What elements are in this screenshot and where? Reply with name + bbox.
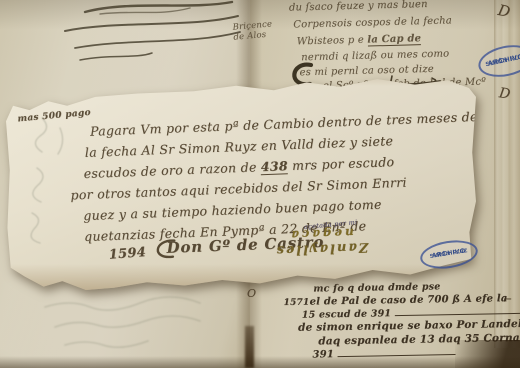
manuscript-line: Corpensois cospos de la fecha — [293, 15, 452, 30]
account-year: 1571 — [284, 298, 310, 308]
stamp-text: SIMÓN RUIZ — [485, 54, 520, 69]
ink-strokes-top-left — [40, 0, 255, 68]
slip-amount-underlined: 438 — [261, 158, 289, 175]
manuscript-line-underlined: la Cap de — [367, 33, 421, 46]
manuscript-line-part: Wbisteos p e — [297, 35, 368, 48]
slip-line-part: mrs por escudo — [288, 154, 395, 173]
signature-flourish — [148, 236, 179, 263]
photo-of-open-ledger: du ſsaco feuze y mas buen Corpensois cos… — [0, 0, 520, 368]
manuscript-line: du ſsaco feuze y mas buen — [289, 0, 428, 14]
manuscript-line: Wbisteos p e la Cap de — [297, 33, 422, 47]
bill-slip-shadow-wrap: mas 500 pago Pagara Vm por esta pª de Ca… — [6, 68, 476, 290]
account-line-text: 15 escud de 391 — [302, 308, 392, 321]
margin-note-top: Briçence de Alos — [232, 19, 273, 42]
slip-year: 1594 — [108, 245, 146, 263]
account-line: el de Pal de caso de 700 ß A efe la — [309, 293, 507, 307]
manuscript-line: nermdi q lizaß ou mes como — [301, 48, 449, 63]
bill-slip: mas 500 pago Pagara Vm por esta pª de Ca… — [6, 68, 476, 290]
slip-margin-note: mas 500 pago — [17, 108, 91, 125]
account-line: de simon enrique se baxo Por Landel — [298, 318, 520, 334]
slip-content: mas 500 pago Pagara Vm por esta pª de Ca… — [2, 59, 480, 299]
slip-line-part: escudos de oro a razon de — [83, 159, 261, 181]
ink-rule — [395, 306, 520, 316]
ink-flourish: O — [247, 287, 256, 300]
bleed-through-left-bottom — [25, 295, 225, 355]
slip-line: Pagara Vm por esta pª de Cambio dentro d… — [90, 109, 478, 139]
account-line: mc ſo q doua dmde pse — [313, 281, 440, 294]
ink-flourish: D — [498, 85, 512, 102]
bottom-edge-shadow — [0, 356, 520, 368]
stamp-text: SIMÓN RUIZ — [430, 249, 469, 261]
upside-down-endorsement: Zanlaylles negaca — [274, 225, 369, 258]
